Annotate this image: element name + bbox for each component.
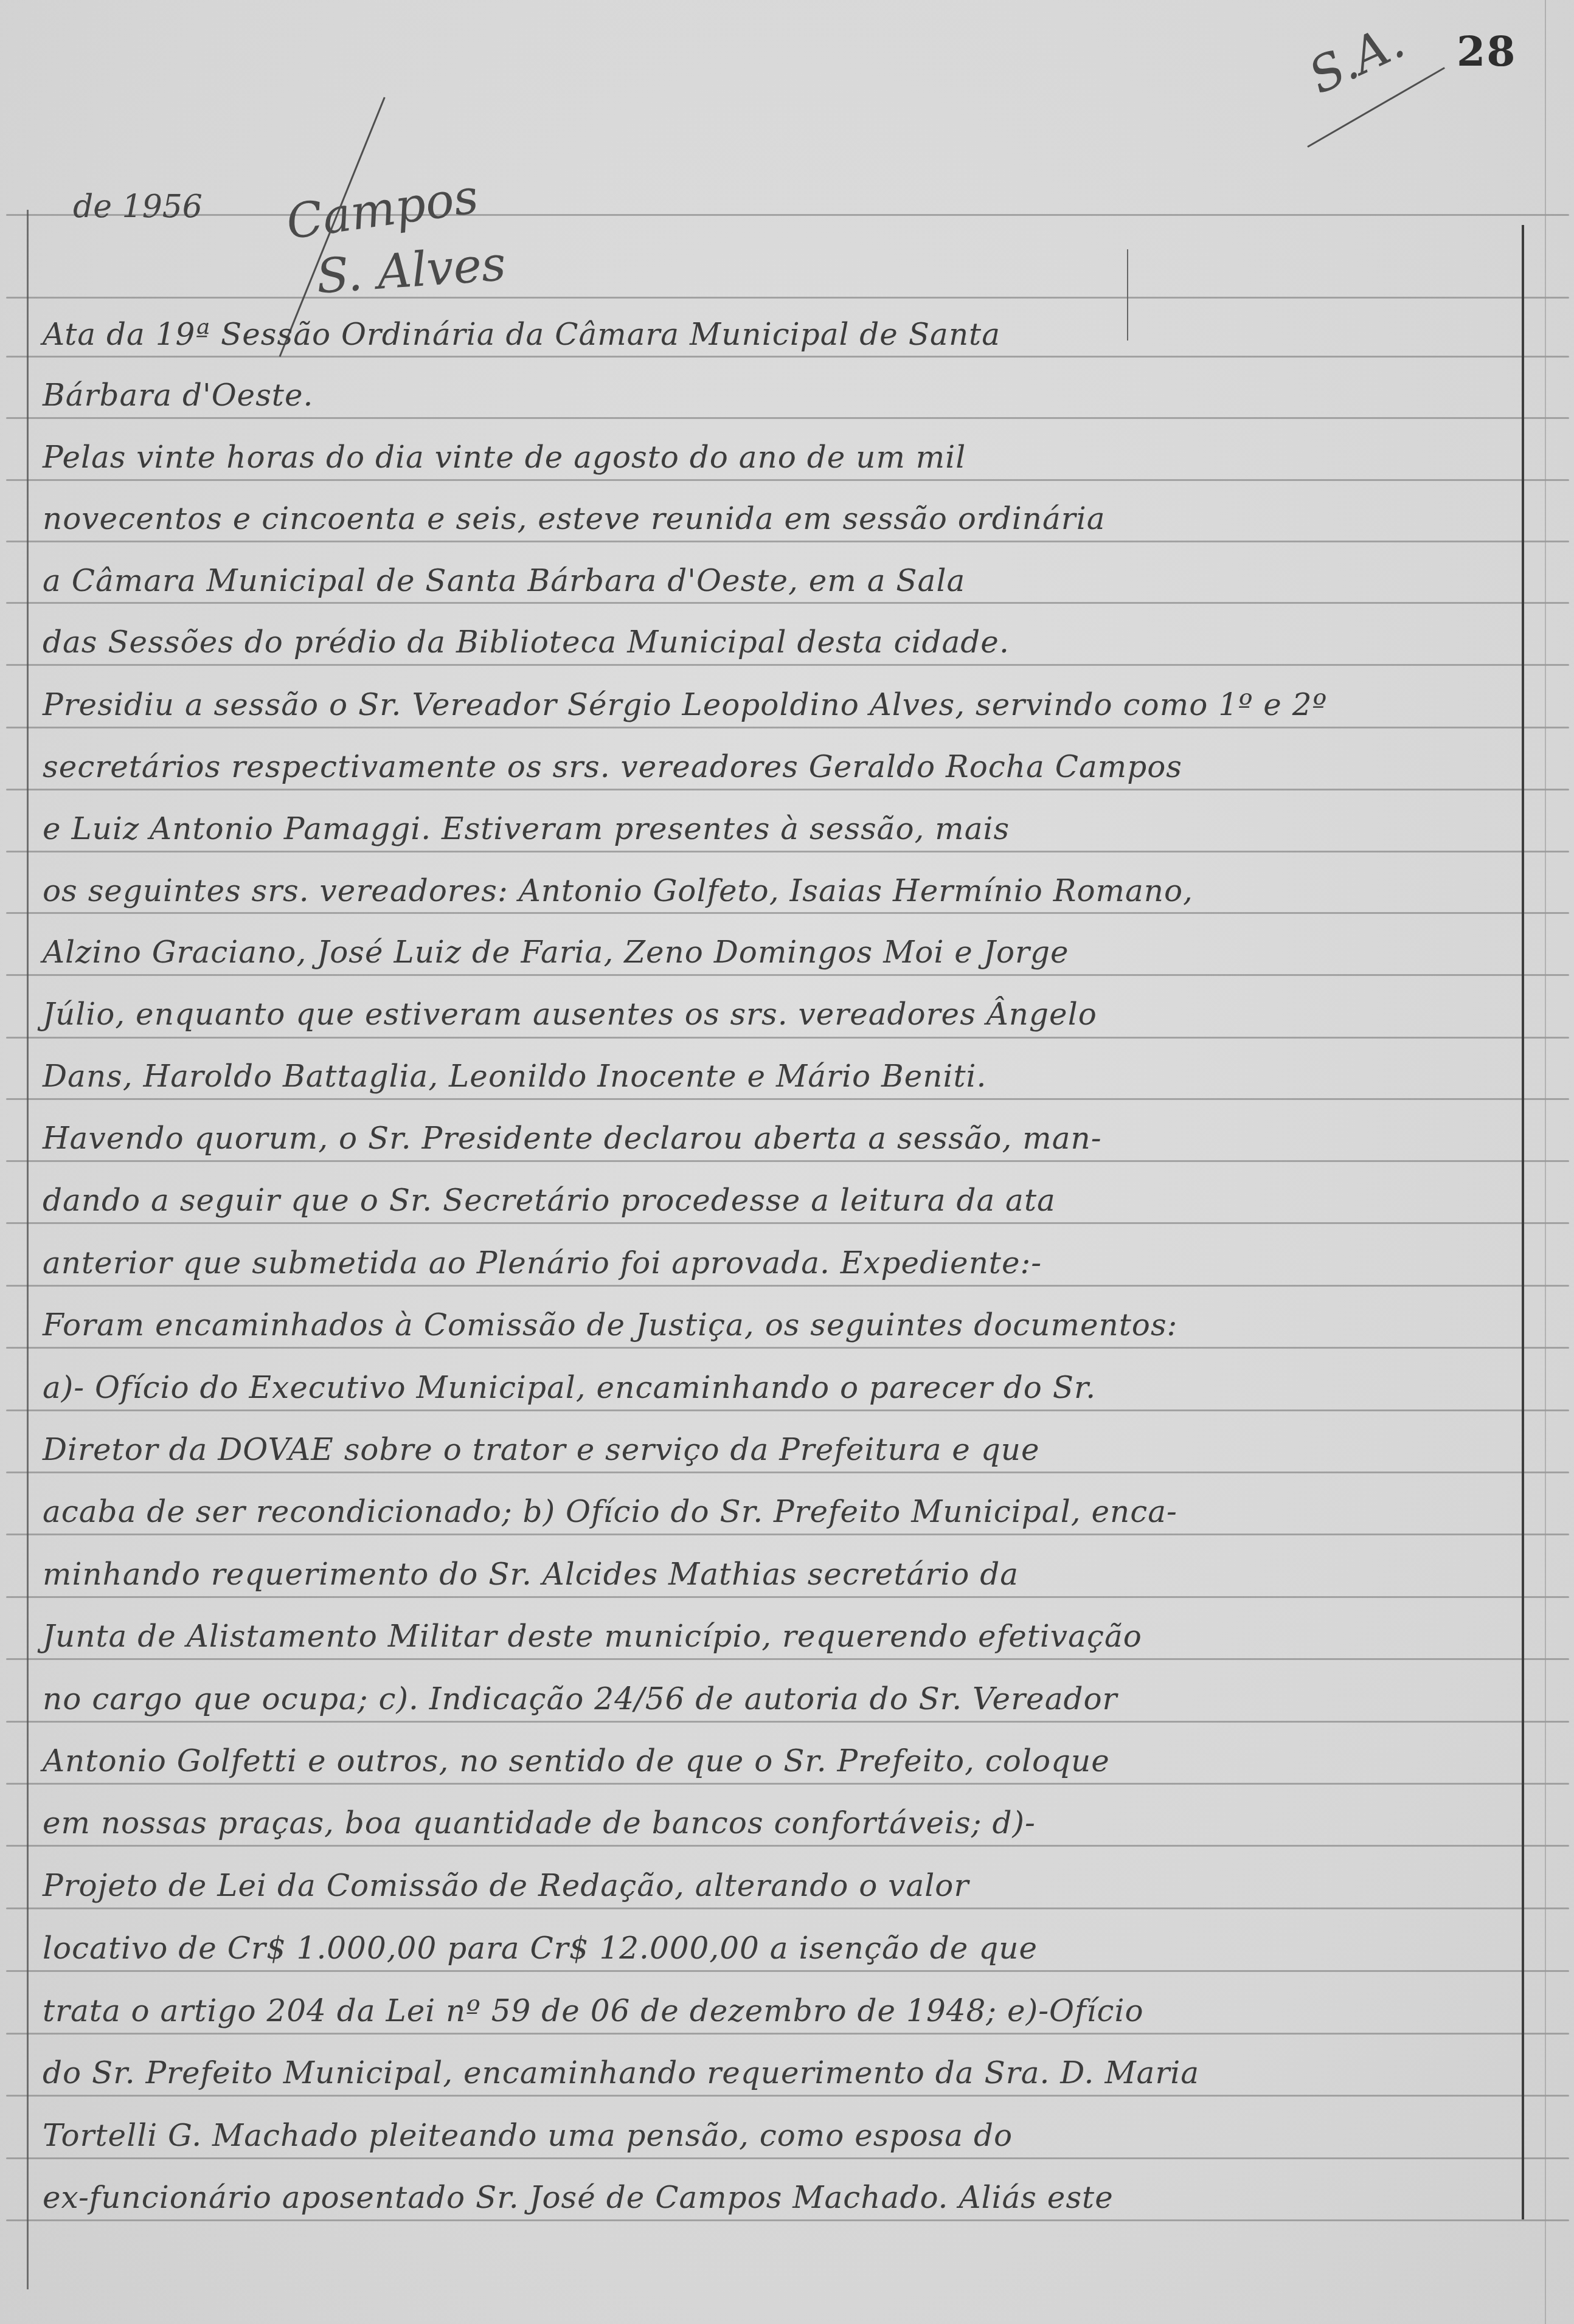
ruled-line xyxy=(6,974,1569,976)
ruled-line xyxy=(6,789,1569,790)
ruled-line xyxy=(6,1783,1569,1785)
ruled-line xyxy=(6,417,1569,419)
ruled-line xyxy=(6,2033,1569,2035)
body-line: a)- Ofício do Executivo Municipal, encam… xyxy=(43,1369,1514,1406)
body-line: minhando requerimento do Sr. Alcides Mat… xyxy=(43,1556,1514,1593)
body-line: novecentos e cincoenta e seis, esteve re… xyxy=(43,500,1514,537)
ruled-line xyxy=(6,1098,1569,1100)
ruled-line xyxy=(6,541,1569,542)
ruled-line xyxy=(6,356,1569,358)
ruled-line xyxy=(6,2095,1569,2097)
ruled-line xyxy=(6,664,1569,666)
body-line: Presidiu a sessão o Sr. Vereador Sérgio … xyxy=(43,686,1514,723)
ruled-line xyxy=(6,1534,1569,1535)
body-line: e Luiz Antonio Pamaggi. Estiveram presen… xyxy=(43,811,1514,847)
ruled-line xyxy=(6,1037,1569,1039)
title-line: Bárbara d'Oeste. xyxy=(43,377,1514,413)
body-line: a Câmara Municipal de Santa Bárbara d'Oe… xyxy=(43,562,1514,599)
body-line: Projeto de Lei da Comissão de Redação, a… xyxy=(43,1867,1514,1904)
ruled-line xyxy=(6,912,1569,914)
ruled-line xyxy=(6,851,1569,852)
body-line: em nossas praças, boa quantidade de banc… xyxy=(43,1805,1514,1841)
body-line: Tortelli G. Machado pleiteando uma pensã… xyxy=(43,2117,1514,2154)
ruled-line xyxy=(6,1970,1569,1972)
signature-alves: S. Alves xyxy=(314,237,507,305)
body-line: Diretor da DOVAE sobre o trator e serviç… xyxy=(43,1431,1514,1468)
ruled-line xyxy=(6,1721,1569,1723)
ruled-line xyxy=(6,727,1569,728)
ruled-line xyxy=(6,1596,1569,1598)
ruled-line xyxy=(6,1222,1569,1224)
ruled-line xyxy=(6,1285,1569,1287)
ruled-line xyxy=(6,214,1569,216)
ruled-line xyxy=(6,602,1569,604)
body-line: ex-funcionário aposentado Sr. José de Ca… xyxy=(43,2179,1514,2216)
ruled-line xyxy=(6,1409,1569,1411)
page-number: 28 xyxy=(1457,27,1517,76)
body-line: Antonio Golfetti e outros, no sentido de… xyxy=(43,1743,1514,1779)
ruled-line xyxy=(6,1472,1569,1473)
ruled-line xyxy=(6,297,1569,299)
ruled-line xyxy=(6,1160,1569,1162)
ruled-line xyxy=(6,2157,1569,2159)
ruled-line xyxy=(6,1658,1569,1660)
ruled-line xyxy=(6,2219,1569,2221)
rubric-signature: S.A. xyxy=(1300,12,1413,105)
body-line: Pelas vinte horas do dia vinte de agosto… xyxy=(43,439,1514,476)
body-line: no cargo que ocupa; c). Indicação 24/56 … xyxy=(43,1681,1514,1717)
body-line: Júlio, enquanto que estiveram ausentes o… xyxy=(43,996,1514,1032)
body-line: dando a seguir que o Sr. Secretário proc… xyxy=(43,1182,1514,1219)
ruled-line xyxy=(6,1347,1569,1349)
body-line: Dans, Haroldo Battaglia, Leonildo Inocen… xyxy=(43,1058,1514,1095)
body-line: secretários respectivamente os srs. vere… xyxy=(43,749,1514,785)
date-fragment: de 1956 xyxy=(73,188,203,225)
body-line: do Sr. Prefeito Municipal, encaminhando … xyxy=(43,2055,1514,2091)
body-line: locativo de Cr$ 1.000,00 para Cr$ 12.000… xyxy=(43,1930,1514,1966)
body-line: das Sessões do prédio da Biblioteca Muni… xyxy=(43,624,1514,660)
page-edge-line xyxy=(1545,0,1546,2324)
body-line: trata o artigo 204 da Lei nº 59 de 06 de… xyxy=(43,1993,1514,2029)
body-line: Foram encaminhados à Comissão de Justiça… xyxy=(43,1307,1514,1343)
body-line: Havendo quorum, o Sr. Presidente declaro… xyxy=(43,1120,1514,1157)
body-line: os seguintes srs. vereadores: Antonio Go… xyxy=(43,873,1514,909)
ledger-page: 28 S.A. de 1956 Campos S. Alves Ata da 1… xyxy=(0,0,1574,2324)
right-margin-line xyxy=(1522,225,1524,2219)
body-line: Junta de Alistamento Militar deste munic… xyxy=(43,1618,1514,1655)
body-line: Alzino Graciano, José Luiz de Faria, Zen… xyxy=(43,934,1514,970)
title-line: Ata da 19ª Sessão Ordinária da Câmara Mu… xyxy=(43,316,1514,353)
ruled-line xyxy=(6,1845,1569,1847)
signature-campos: Campos xyxy=(283,169,482,250)
ruled-line xyxy=(6,1907,1569,1909)
body-line: anterior que submetida ao Plenário foi a… xyxy=(43,1245,1514,1281)
body-line: acaba de ser recondicionado; b) Ofício d… xyxy=(43,1493,1514,1530)
left-margin-line xyxy=(27,210,29,2289)
ruled-line xyxy=(6,479,1569,481)
